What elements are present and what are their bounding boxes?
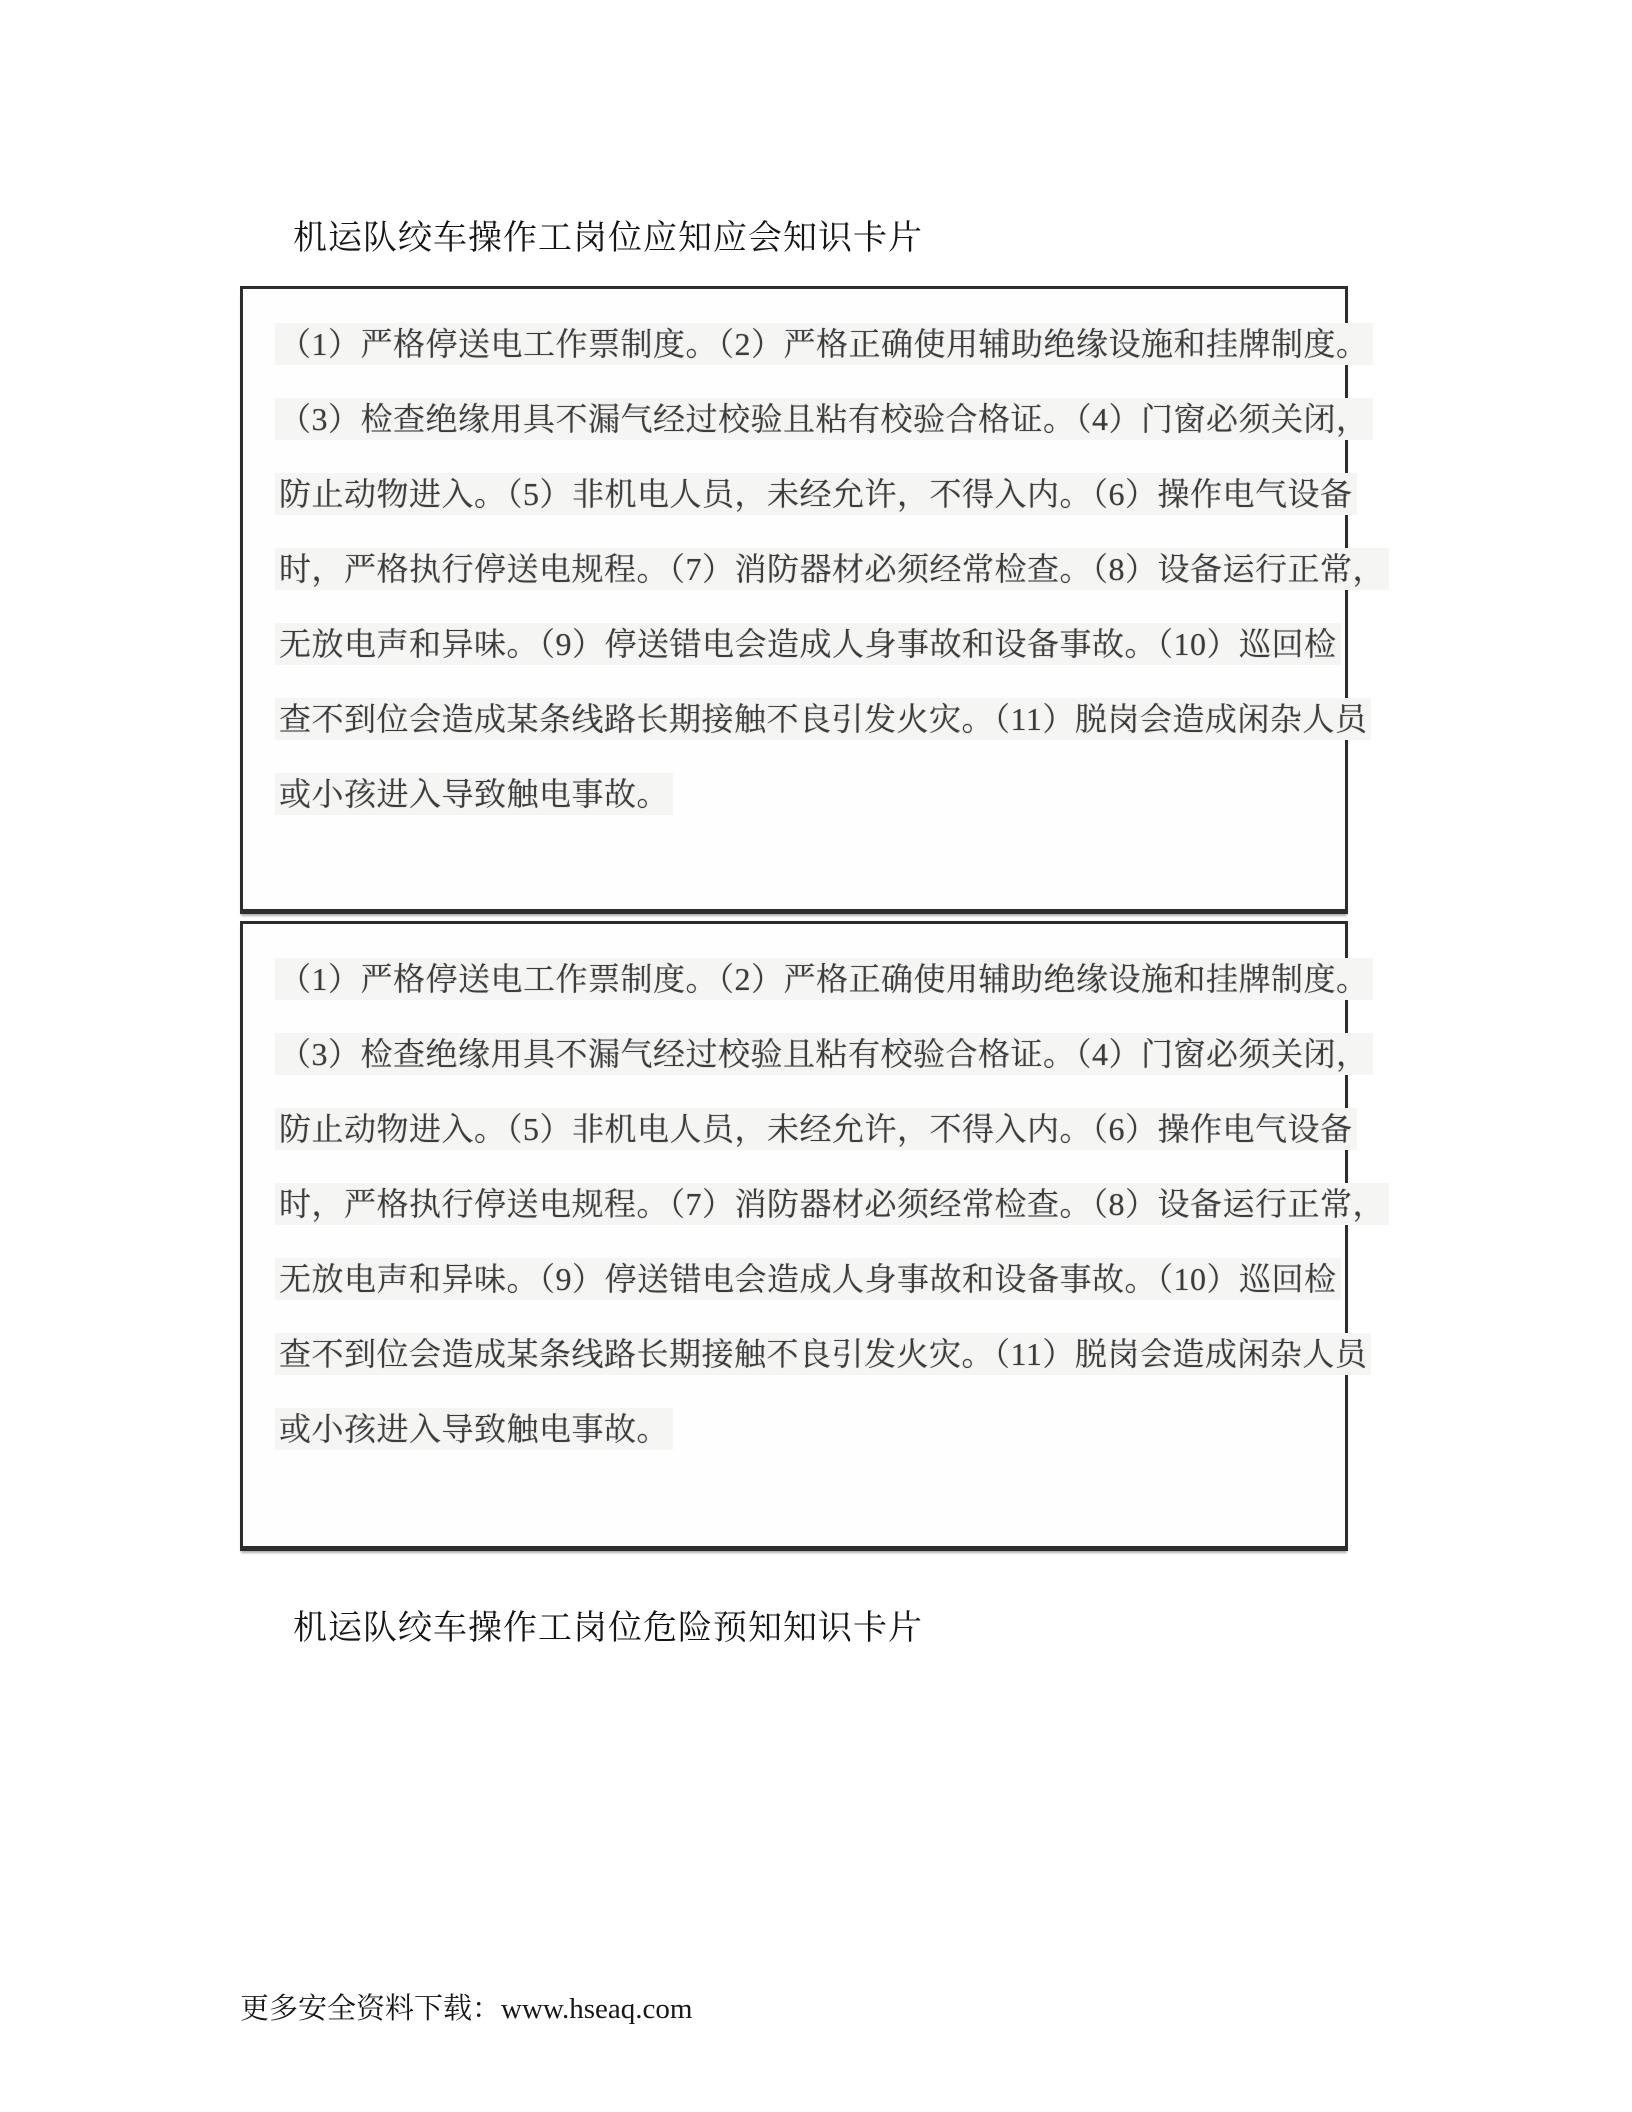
hazard-card-title: 机运队绞车操作工岗位危险预知知识卡片 (293, 1600, 923, 1649)
document-page: 机运队绞车操作工岗位应知应会知识卡片 （1）严格停送电工作票制度。（2）严格正确… (0, 0, 1632, 2112)
knowledge-card-box-1: （1）严格停送电工作票制度。（2）严格正确使用辅助绝缘设施和挂牌制度。 （3）检… (240, 286, 1348, 914)
card1-line-5: 无放电声和异味。（9）停送错电会造成人身事故和设备事故。（10）巡回检 (275, 607, 1325, 682)
card2-line-7: 或小孩进入导致触电事故。 (275, 1392, 1325, 1467)
card2-line-3: 防止动物进入。（5）非机电人员，未经允许，不得入内。（6）操作电气设备 (275, 1092, 1325, 1167)
card2-line-1: （1）严格停送电工作票制度。（2）严格正确使用辅助绝缘设施和挂牌制度。 (275, 942, 1325, 1017)
knowledge-card-box-2: （1）严格停送电工作票制度。（2）严格正确使用辅助绝缘设施和挂牌制度。 （3）检… (240, 921, 1348, 1551)
card1-line-7: 或小孩进入导致触电事故。 (275, 757, 1325, 832)
card2-line-5: 无放电声和异味。（9）停送错电会造成人身事故和设备事故。（10）巡回检 (275, 1242, 1325, 1317)
card1-line-6: 查不到位会造成某条线路长期接触不良引发火灾。（11）脱岗会造成闲杂人员 (275, 682, 1325, 757)
card2-line-4: 时，严格执行停送电规程。（7）消防器材必须经常检查。（8）设备运行正常， (275, 1167, 1325, 1242)
card2-line-6: 查不到位会造成某条线路长期接触不良引发火灾。（11）脱岗会造成闲杂人员 (275, 1317, 1325, 1392)
card1-line-1: （1）严格停送电工作票制度。（2）严格正确使用辅助绝缘设施和挂牌制度。 (275, 307, 1325, 382)
card1-line-2: （3）检查绝缘用具不漏气经过校验且粘有校验合格证。（4）门窗必须关闭， (275, 382, 1325, 457)
card2-line-2: （3）检查绝缘用具不漏气经过校验且粘有校验合格证。（4）门窗必须关闭， (275, 1017, 1325, 1092)
card1-line-3: 防止动物进入。（5）非机电人员，未经允许，不得入内。（6）操作电气设备 (275, 457, 1325, 532)
footer-label: 更多安全资料下载： (240, 1993, 501, 2025)
card1-line-4: 时，严格执行停送电规程。（7）消防器材必须经常检查。（8）设备运行正常， (275, 532, 1325, 607)
footer-url-link[interactable]: www.hseaq.com (501, 1993, 692, 2025)
page-footer: 更多安全资料下载：www.hseaq.com (240, 1986, 692, 2027)
knowledge-card-title: 机运队绞车操作工岗位应知应会知识卡片 (293, 210, 923, 259)
